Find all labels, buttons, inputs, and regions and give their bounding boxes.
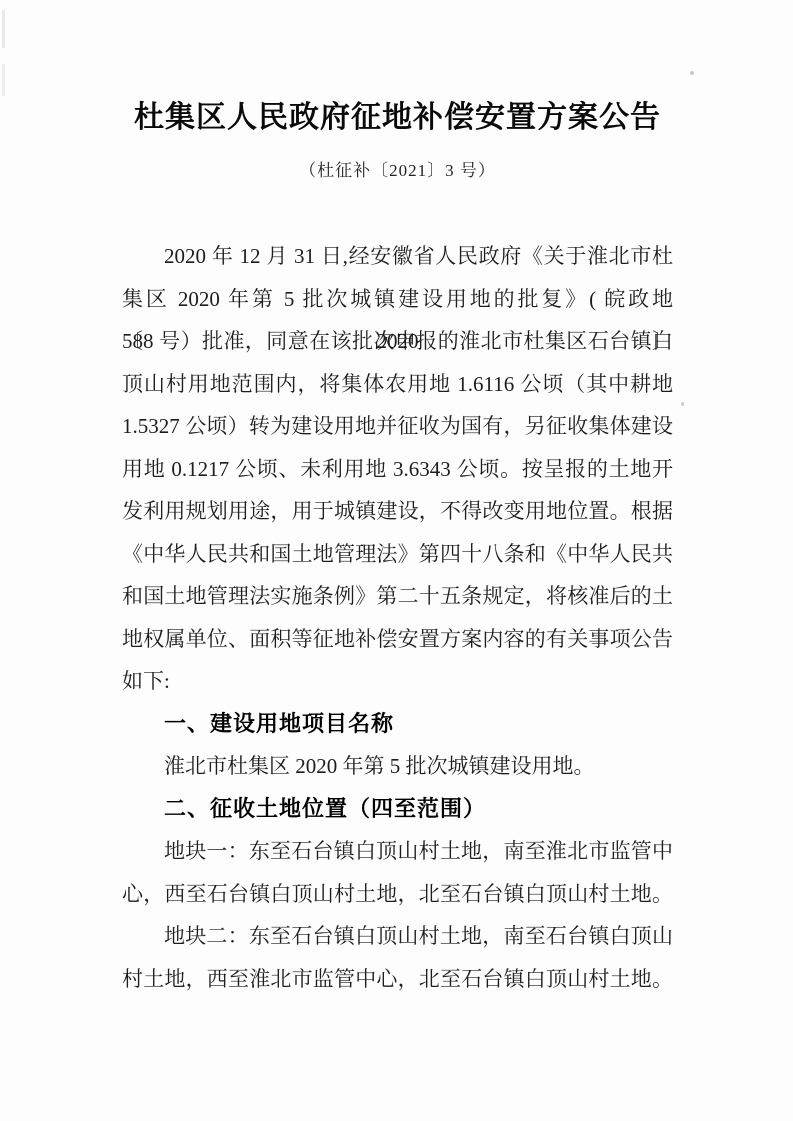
intro-line-2: 集区 2020 年第 5 批次城镇建设用地的批复》( 皖政地〔2020〕 bbox=[122, 278, 673, 321]
intro-line-4: 顶山村用地范围内，将集体农用地 1.6116 公顷（其中耕地 bbox=[122, 363, 673, 406]
document-body: 2020 年 12 月 31 日,经安徽省人民政府《关于淮北市杜 集区 2020… bbox=[122, 235, 673, 1000]
scan-speck bbox=[681, 402, 684, 406]
intro-line-5: 1.5327 公顷）转为建设用地并征收为国有，另征收集体建设 bbox=[122, 405, 673, 448]
intro-line-10: 地权属单位、面积等征地补偿安置方案内容的有关事项公告 bbox=[122, 618, 673, 661]
section-1-line-1: 淮北市杜集区 2020 年第 5 批次城镇建设用地。 bbox=[122, 745, 673, 788]
intro-line-1: 2020 年 12 月 31 日,经安徽省人民政府《关于淮北市杜 bbox=[122, 235, 673, 278]
parcel-2-line-2: 村土地，西至淮北市监管中心，北至石台镇白顶山村土地。 bbox=[122, 958, 673, 1001]
parcel-1-line-1: 地块一：东至石台镇白顶山村土地，南至淮北市监管中 bbox=[122, 830, 673, 873]
scan-artifact-edge bbox=[2, 10, 5, 48]
intro-line-9: 和国土地管理法实施条例》第二十五条规定，将核准后的土 bbox=[122, 575, 673, 618]
intro-line-7: 发利用规划用途，用于城镇建设，不得改变用地位置。根据 bbox=[122, 490, 673, 533]
intro-line-8: 《中华人民共和国土地管理法》第四十八条和《中华人民共 bbox=[122, 533, 673, 576]
document-number: （杜征补〔2021〕3 号） bbox=[122, 156, 673, 186]
section-1-heading: 一、建设用地项目名称 bbox=[122, 703, 673, 746]
scan-speck bbox=[690, 71, 694, 75]
parcel-2-line-1: 地块二：东至石台镇白顶山村土地，南至石台镇白顶山 bbox=[122, 915, 673, 958]
document-title: 杜集区人民政府征地补偿安置方案公告 bbox=[122, 98, 673, 138]
intro-line-6: 用地 0.1217 公顷、未利用地 3.6343 公顷。按呈报的土地开 bbox=[122, 448, 673, 491]
document-content: 杜集区人民政府征地补偿安置方案公告 （杜征补〔2021〕3 号） 2020 年 … bbox=[122, 0, 673, 1000]
document-page: 杜集区人民政府征地补偿安置方案公告 （杜征补〔2021〕3 号） 2020 年 … bbox=[0, 0, 793, 1121]
intro-line-11: 如下: bbox=[122, 660, 673, 703]
section-2-heading: 二、征收土地位置（四至范围） bbox=[122, 788, 673, 831]
scan-artifact-edge bbox=[2, 64, 5, 96]
parcel-1-line-2: 心，西至石台镇白顶山村土地，北至石台镇白顶山村土地。 bbox=[122, 873, 673, 916]
intro-line-3: 588 号）批准，同意在该批次申报的淮北市杜集区石台镇白 bbox=[122, 320, 673, 363]
